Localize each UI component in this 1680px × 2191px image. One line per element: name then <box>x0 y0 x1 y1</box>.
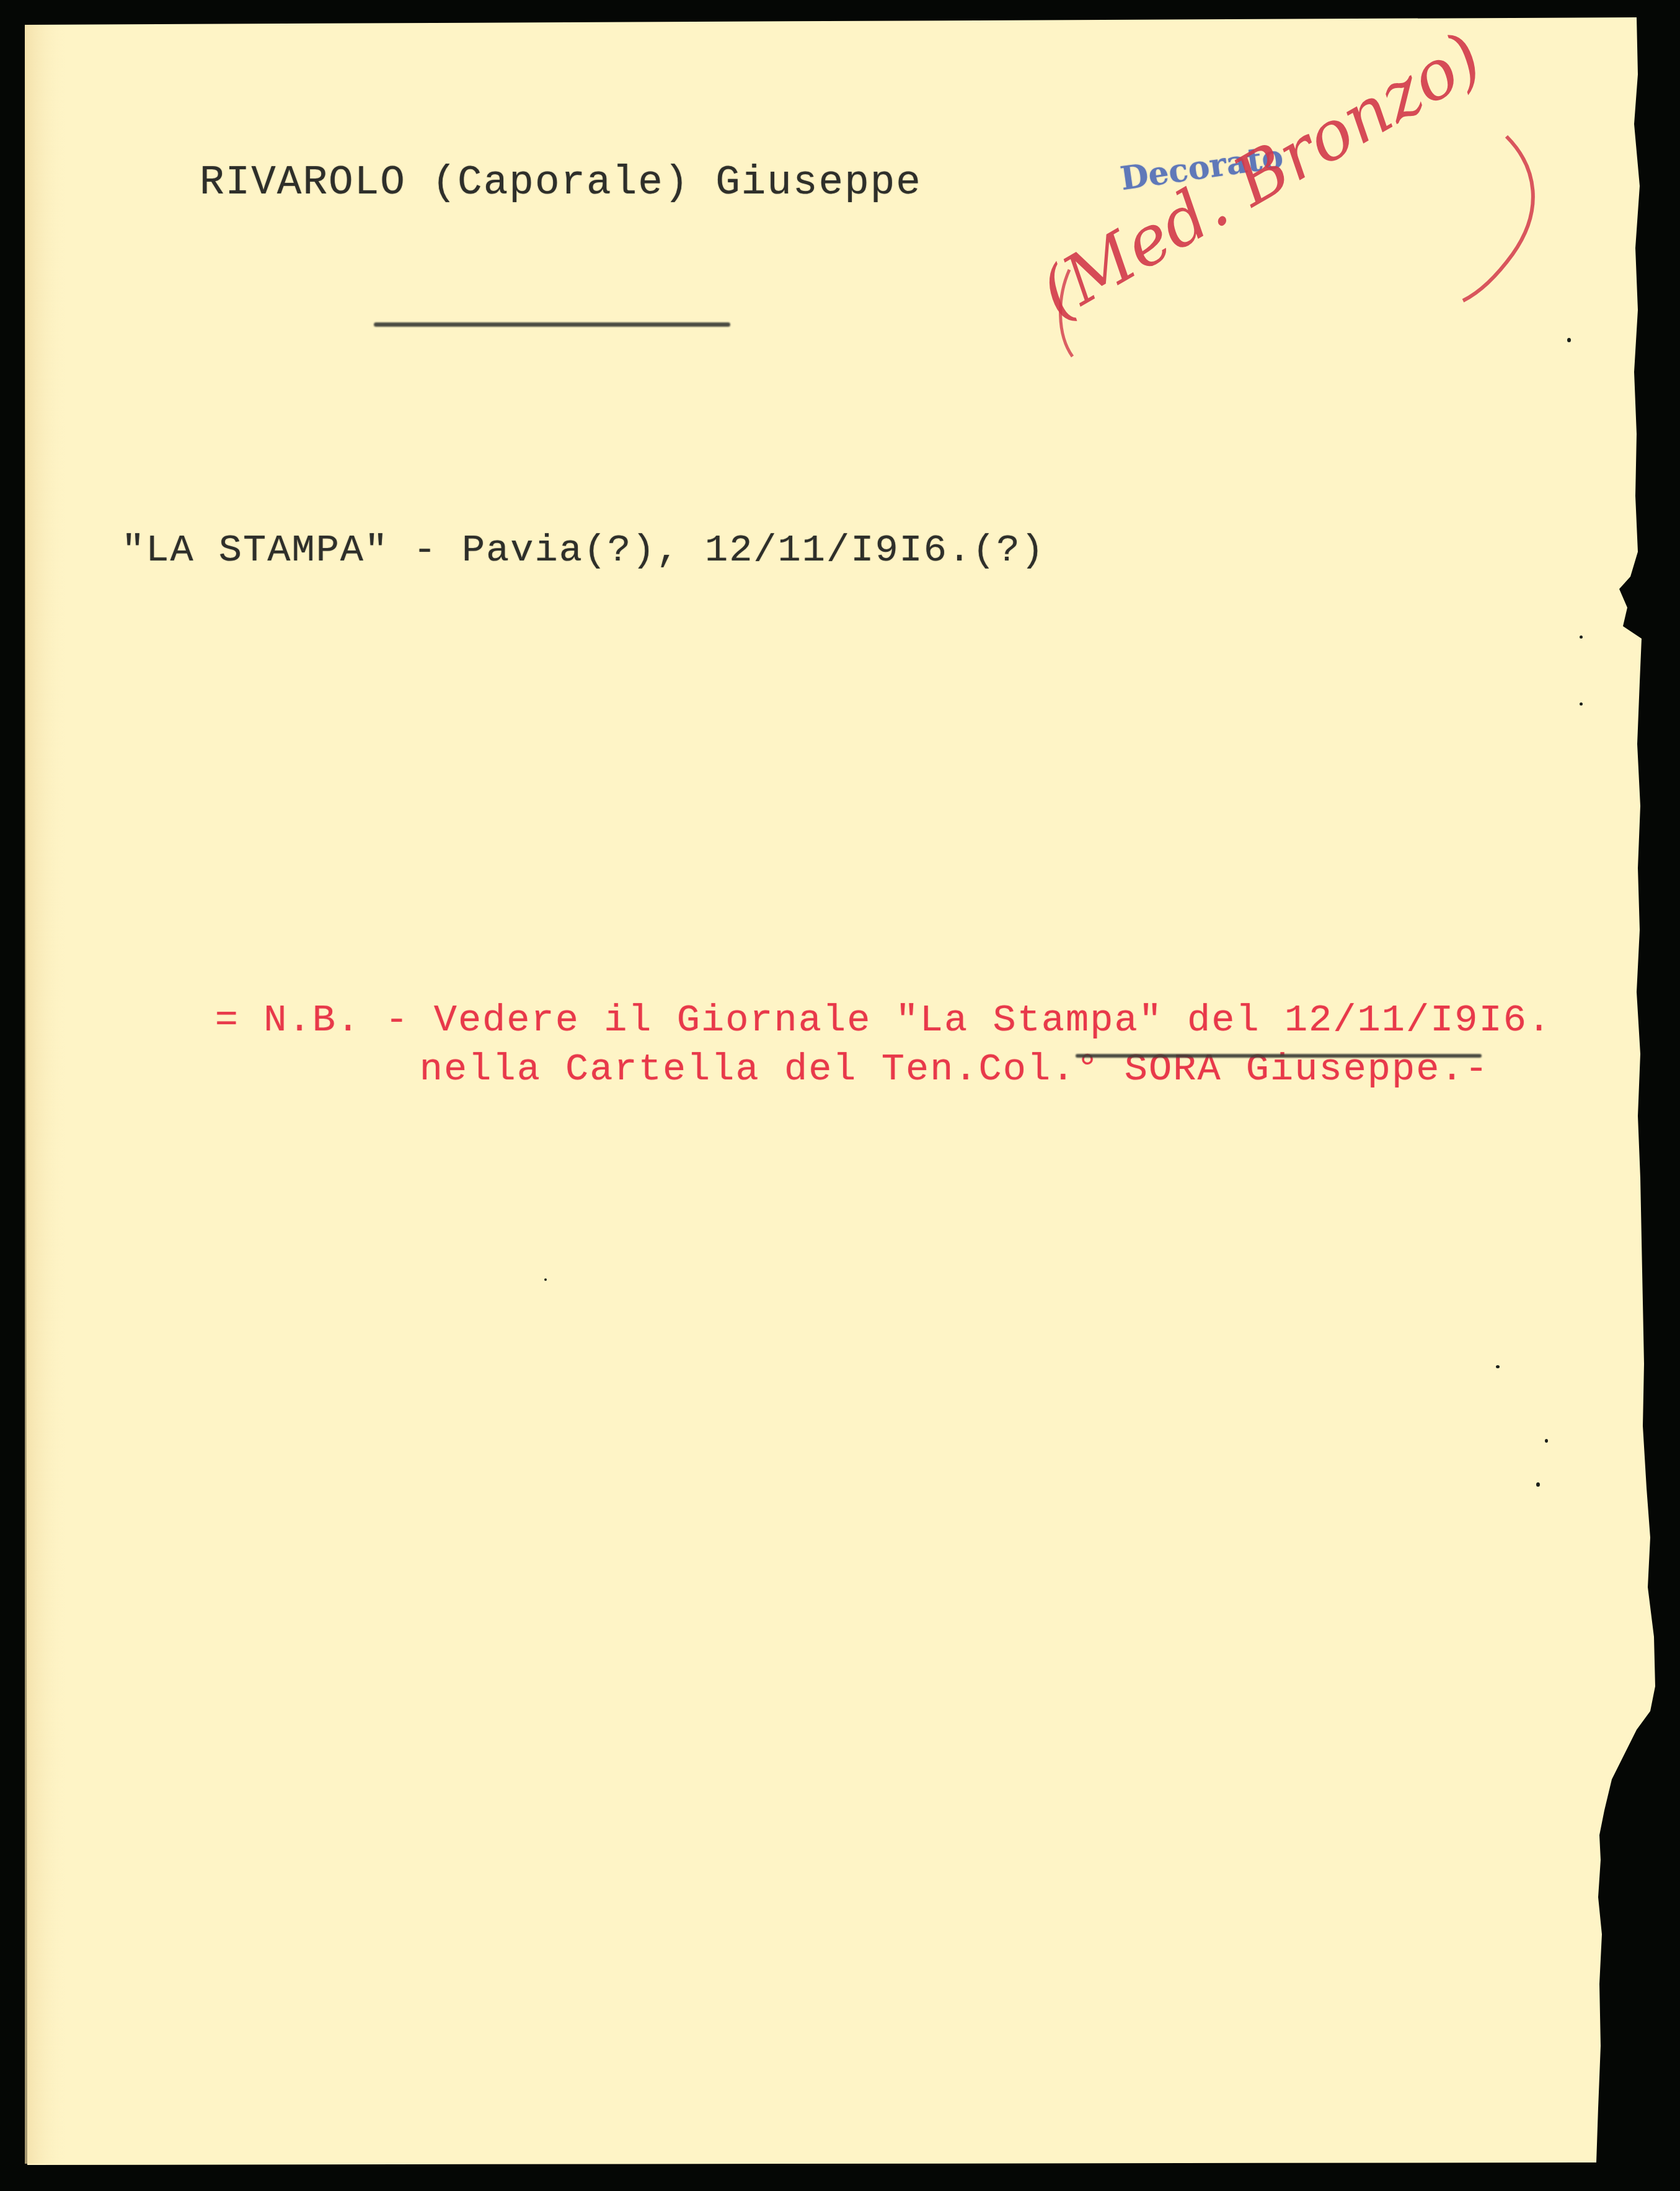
dust-speck <box>1545 1439 1548 1443</box>
name-heading: RIVAROLO (Caporale) Giuseppe <box>200 162 922 203</box>
dust-speck <box>544 1278 547 1281</box>
separator-rule <box>374 322 730 327</box>
handwritten-annotation: (Med. Bronzo) <box>1041 112 1550 384</box>
underline-rule <box>1076 1054 1482 1058</box>
dust-speck <box>1536 1482 1540 1487</box>
dust-speck <box>1567 338 1571 342</box>
dust-speck <box>1580 702 1583 706</box>
note-line-2: nella Cartella del Ten.Col.° SORA Giusep… <box>322 1012 1489 1127</box>
note-text-2: nella Cartella del Ten.Col.° <box>420 1047 1125 1091</box>
document-page: RIVAROLO (Caporale) Giuseppe Decorato (M… <box>0 0 1680 2191</box>
dust-speck <box>1580 635 1583 639</box>
source-citation: "LA STAMPA" - Pavia(?), 12/11/I9I6.(?) <box>122 531 1045 570</box>
dust-speck <box>1496 1365 1500 1368</box>
